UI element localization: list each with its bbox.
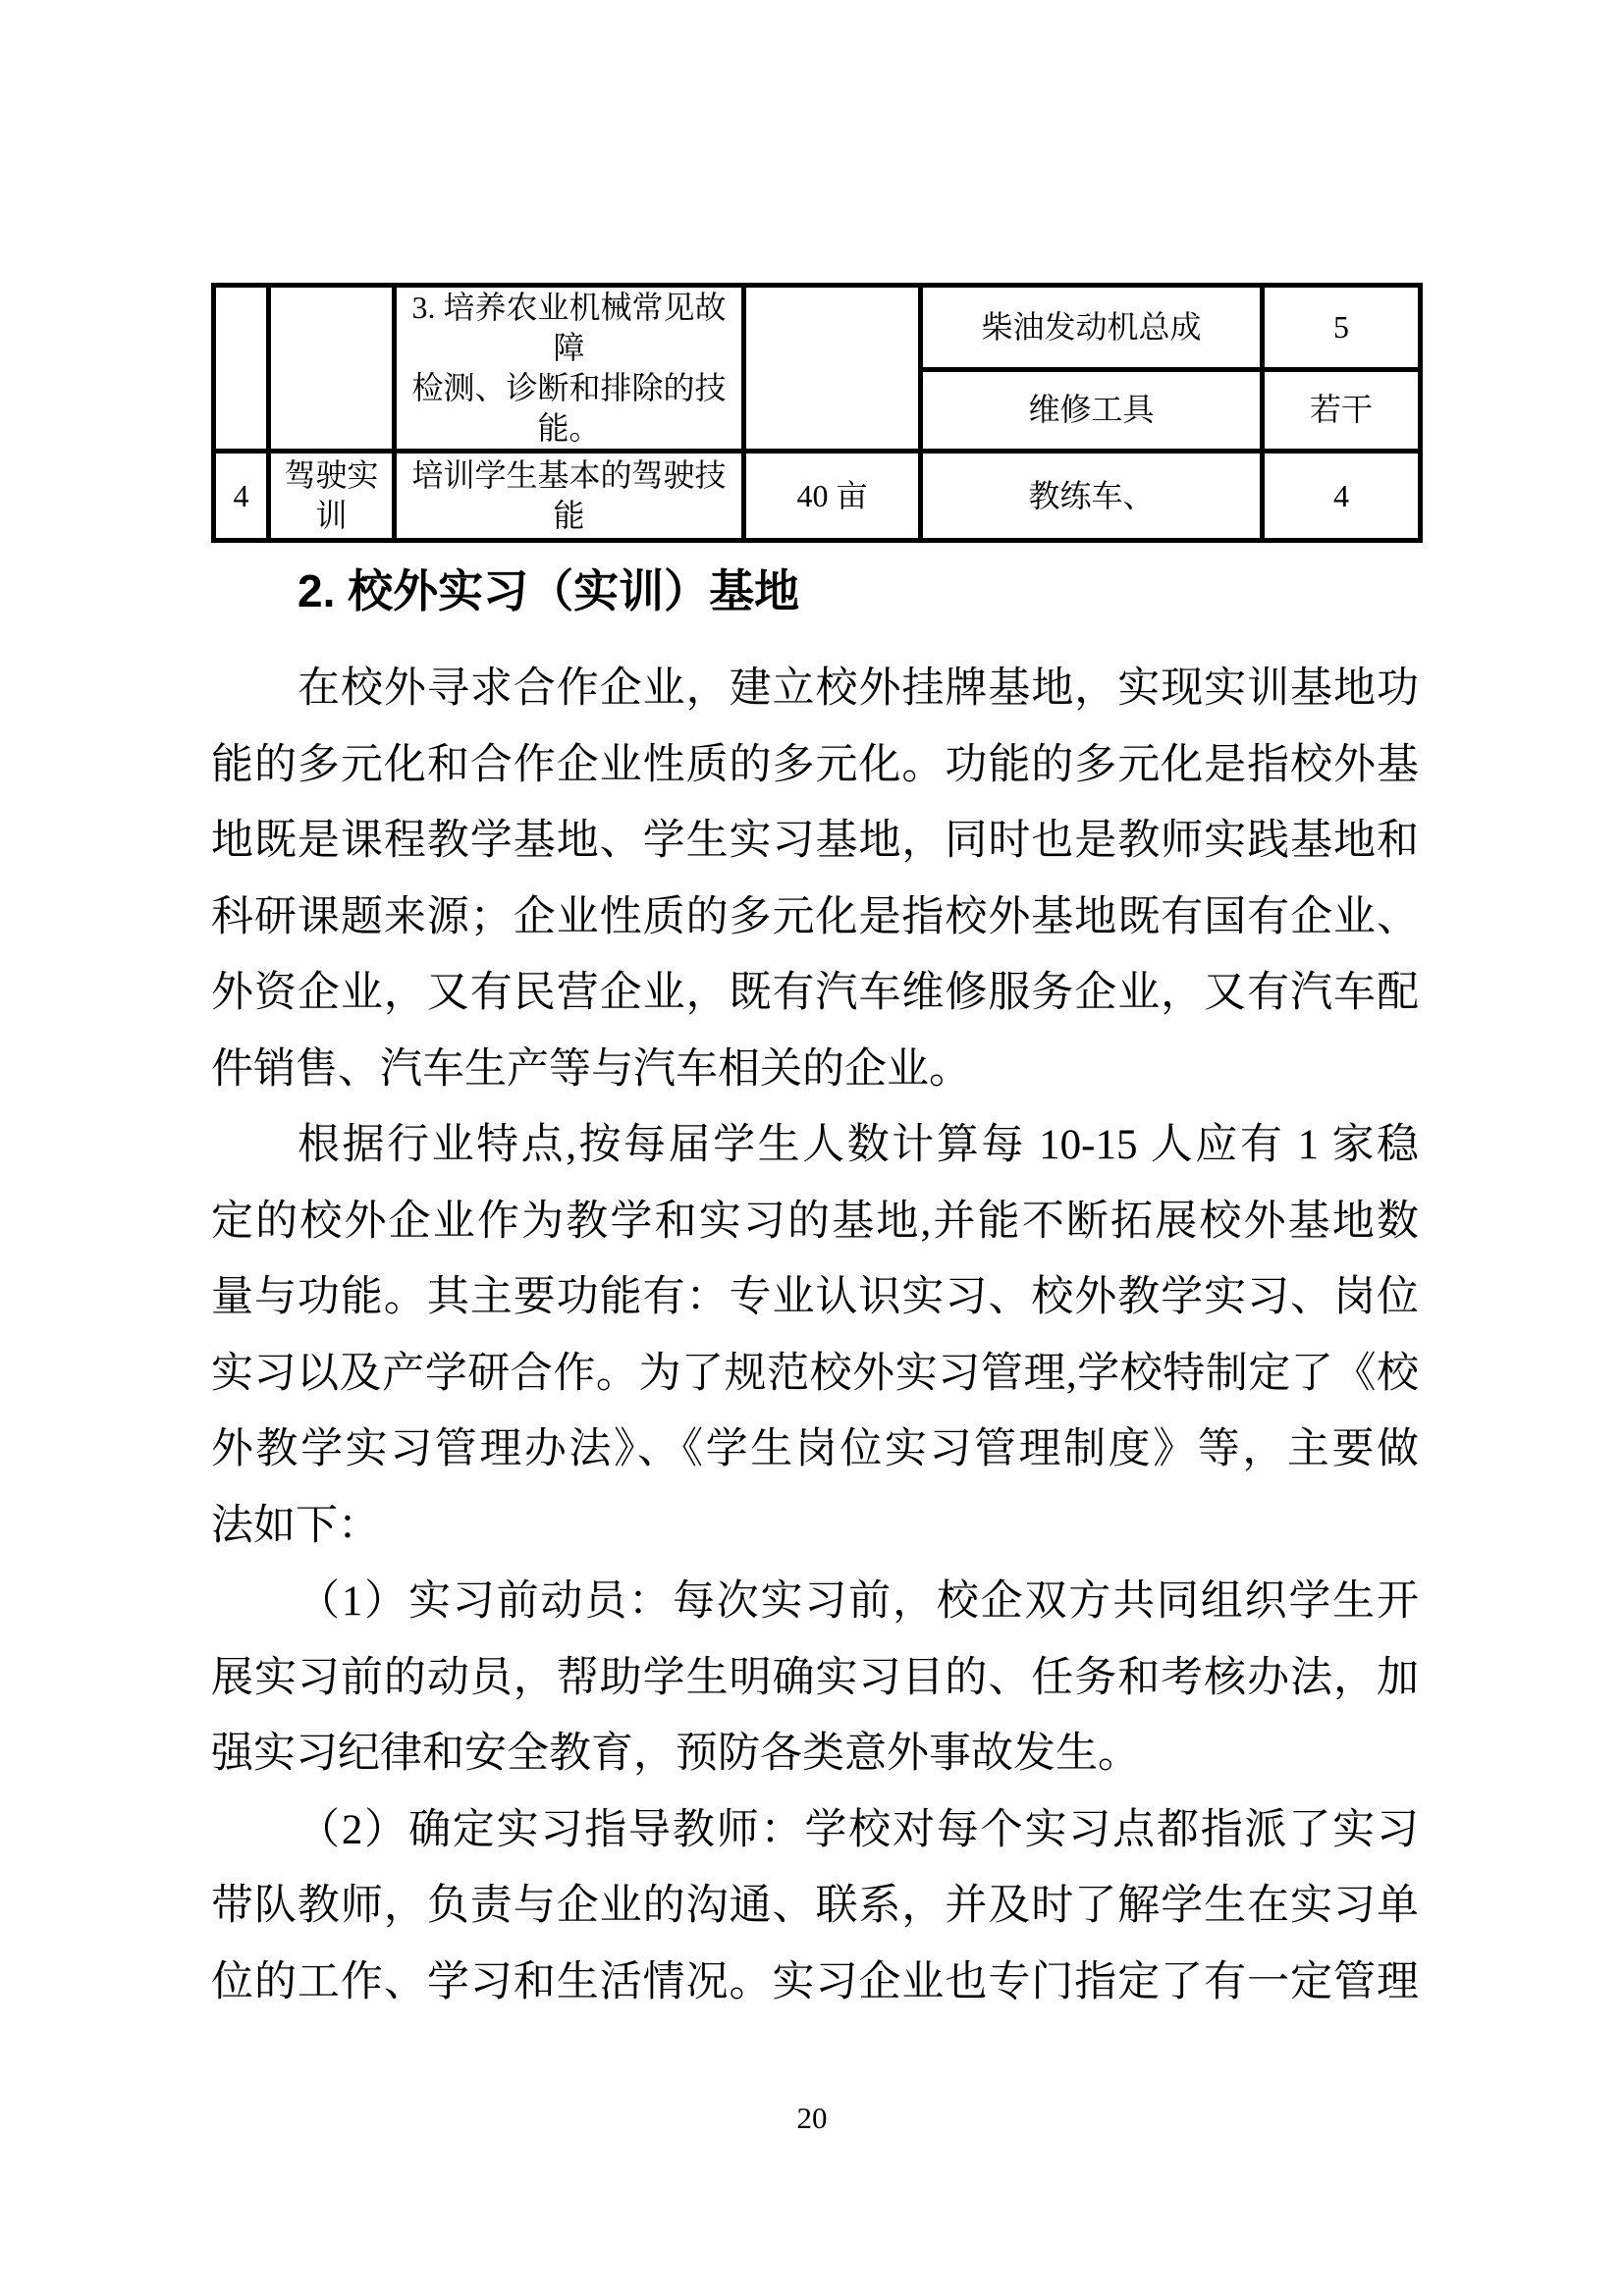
text-line: （2）确定实习指导教师：学校对每个实习点都指派了实习 xyxy=(211,1792,1419,1869)
area-cell: 40 亩 xyxy=(744,452,921,541)
goal-line: 检测、诊断和排除的技能。 xyxy=(397,368,741,449)
text-line: 强实习纪律和安全教育，预防各类意外事故发生。 xyxy=(211,1716,1419,1792)
training-base-table: 3. 培养农业机械常见故障 检测、诊断和排除的技能。 柴油发动机总成 5 维修工… xyxy=(211,283,1423,543)
base-name-cell: 驾驶实训 xyxy=(269,452,395,541)
text-line: （1）实习前动员：每次实习前，校企双方共同组织学生开 xyxy=(211,1564,1419,1640)
row-num-cell: 4 xyxy=(214,452,269,541)
text-line: 地既是课程教学基地、学生实习基地，同时也是教师实践基地和 xyxy=(211,803,1419,880)
goal-line: 3. 培养农业机械常见故障 xyxy=(397,288,741,368)
equipment-name-cell: 教练车、 xyxy=(921,452,1263,541)
equipment-qty-cell: 5 xyxy=(1263,286,1421,370)
text-line: 根据行业特点,按每届学生人数计算每 10-15 人应有 1 家稳 xyxy=(211,1107,1419,1184)
text-line: 法如下： xyxy=(211,1488,1419,1565)
text-line: 展实习前的动员，帮助学生明确实习目的、任务和考核办法，加 xyxy=(211,1640,1419,1717)
table-row: 3. 培养农业机械常见故障 检测、诊断和排除的技能。 柴油发动机总成 5 xyxy=(214,286,1421,370)
table-row: 4 驾驶实训 培训学生基本的驾驶技能 40 亩 教练车、 4 xyxy=(214,452,1421,541)
equipment-qty-cell: 若干 xyxy=(1263,369,1421,451)
equipment-qty-cell: 4 xyxy=(1263,452,1421,541)
text-line: 外教学实习管理办法》、《学生岗位实习管理制度》等，主要做 xyxy=(211,1412,1419,1488)
equipment-name-cell: 维修工具 xyxy=(921,369,1263,451)
goal-cell: 3. 培养农业机械常见故障 检测、诊断和排除的技能。 xyxy=(395,286,744,452)
text-line: 带队教师，负责与企业的沟通、联系，并及时了解学生在实习单 xyxy=(211,1868,1419,1945)
empty-area-cell xyxy=(744,286,921,452)
text-line: 实习以及产学研合作。为了规范校外实习管理,学校特制定了《校 xyxy=(211,1336,1419,1413)
text-line: 位的工作、学习和生活情况。实习企业也专门指定了有一定管理 xyxy=(211,1945,1419,2021)
empty-num-cell xyxy=(214,286,269,452)
text-line: 在校外寻求合作企业，建立校外挂牌基地，实现实训基地功 xyxy=(211,651,1419,727)
empty-name-cell xyxy=(269,286,395,452)
text-line: 外资企业，又有民营企业，既有汽车维修服务企业，又有汽车配 xyxy=(211,955,1419,1032)
text-line: 定的校外企业作为教学和实习的基地,并能不断拓展校外基地数 xyxy=(211,1184,1419,1260)
text-line: 件销售、汽车生产等与汽车相关的企业。 xyxy=(211,1032,1419,1108)
equipment-name-cell: 柴油发动机总成 xyxy=(921,286,1263,370)
text-line: 能的多元化和合作企业性质的多元化。功能的多元化是指校外基 xyxy=(211,727,1419,804)
section-heading: 2. 校外实习（实训）基地 xyxy=(211,561,1419,620)
goal-cell: 培训学生基本的驾驶技能 xyxy=(395,452,744,541)
text-line: 科研课题来源；企业性质的多元化是指校外基地既有国有企业、 xyxy=(211,880,1419,956)
body-text: 在校外寻求合作企业，建立校外挂牌基地，实现实训基地功 能的多元化和合作企业性质的… xyxy=(211,651,1419,2020)
text-line: 量与功能。其主要功能有：专业认识实习、校外教学实习、岗位 xyxy=(211,1259,1419,1336)
document-page: 3. 培养农业机械常见故障 检测、诊断和排除的技能。 柴油发动机总成 5 维修工… xyxy=(0,0,1624,2296)
page-number: 20 xyxy=(0,2099,1624,2138)
